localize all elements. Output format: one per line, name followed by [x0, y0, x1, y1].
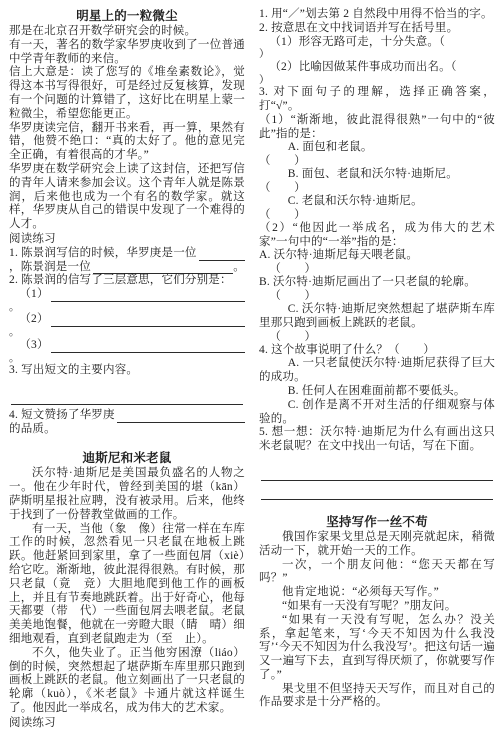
question1-text-2: ，陈景润是一位	[9, 261, 91, 275]
answer-bracket: （ ）	[259, 155, 495, 168]
ex-question3: 3. 对下面句子的理解，选择正确答案，打“√”。	[259, 86, 495, 114]
passage3-title: 坚持写作一丝不苟	[259, 514, 495, 530]
ex-question2: 2. 按意思在文中找词语并写在括号里。	[259, 22, 495, 36]
period: 。	[9, 353, 245, 365]
question1-line2: ，陈景润是一位 。	[9, 261, 245, 275]
answer-bracket: （ ）	[259, 290, 495, 303]
answer-bracket: （ ）	[259, 331, 495, 344]
period: 。	[9, 302, 245, 314]
answer-bracket: （ ）	[259, 263, 495, 276]
passage2-para-3: 不久，他失业了。正当他穷困潦（liáo）倒的时候，突然想起了堪萨斯车库里那只跑到…	[9, 647, 245, 716]
passage3-para-3: 他肯定地说：“必须每天写作。”	[259, 586, 495, 600]
question4-text: 4. 短文赞扬了华罗庚	[9, 409, 115, 423]
ex-question3-sub2: （2）“他因此一举成名，成为伟大的艺术家”一句中的“一举”指的是：	[259, 222, 495, 250]
passage3-para-6: 果戈里不但坚持天天写作，而且对自己的作品要求是十分严格的。	[259, 683, 495, 711]
passage1-exercise-label: 阅读练习	[9, 233, 245, 247]
period: 。	[233, 261, 245, 275]
period: 。	[9, 327, 245, 339]
passage3-para-5: “如果有一天没有写呢，怎么办？没关系，拿起笔来，写‘今天不知因为什么我没写’‘今…	[259, 614, 495, 683]
ex-question2-sub1: （1）形容无路可走，十分失意。（	[259, 36, 495, 50]
q3s1-option-b: B. 面包、老鼠和沃尔特·迪斯尼。	[259, 168, 495, 182]
q3s1-option-a: A. 面包和老鼠。	[259, 141, 495, 155]
right-column: 1. 用“／”划去第 2 自然段中用得不恰当的字。 2. 按意思在文中找词语并写…	[259, 8, 495, 735]
passage1-para-1: 那是在北京召开数学研究会的时候。	[9, 25, 245, 39]
question2-text: 2. 陈景润的信写了三层意思，它们分别是：	[9, 274, 245, 288]
passage3-para-4: “如果有一天没有写呢？”朋友问。	[259, 600, 495, 614]
ex-question2-sub2: （2）比喻因做某件事成功而出名。（	[259, 61, 495, 75]
left-column: 明星上的一粒微尘 那是在北京召开数学研究会的时候。 有一天，著名的数学家华罗庚收…	[9, 8, 245, 735]
question1-text: 1. 陈景润写信的时候，华罗庚是一位	[9, 247, 197, 261]
answer-blank	[51, 290, 245, 302]
answer-blank	[51, 341, 245, 353]
question2-sub3: （3）	[9, 339, 245, 353]
ex-question1: 1. 用“／”划去第 2 自然段中用得不恰当的字。	[259, 8, 495, 22]
q3s2-option-a: A. 沃尔特·迪斯尼每天喂老鼠。	[259, 249, 495, 263]
q4-option-c: C. 创作是离不开对生活的仔细观察与体验的。	[259, 399, 495, 427]
worksheet-page: 明星上的一粒微尘 那是在北京召开数学研究会的时候。 有一天，著名的数学家华罗庚收…	[0, 0, 500, 735]
answer-bracket: （ ）	[259, 182, 495, 195]
answer-blank	[117, 411, 245, 423]
close-bracket: ）	[259, 49, 495, 61]
answer-bracket: （ ）	[259, 209, 495, 222]
answer-blank	[93, 262, 233, 274]
passage2-para-2: 有一天，当他（象 像）往常一样在车库工作的时候，忽然看见一只老鼠在地板上跳跃。他…	[9, 523, 245, 647]
passage3-para-2: 一次，一个朋友问他：“您天天都在写吗？”	[259, 559, 495, 587]
q3s1-option-c: C. 老鼠和沃尔特·迪斯尼。	[259, 195, 495, 209]
question2-sub1: （1）	[9, 288, 245, 302]
answer-blank-line	[261, 466, 493, 481]
answer-blank	[51, 315, 245, 327]
sub-label: （2）	[19, 313, 48, 327]
passage2-exercise-label: 阅读练习	[9, 717, 245, 731]
question3-text: 3. 写出短文的主要内容。	[9, 364, 245, 378]
close-bracket: ）	[259, 75, 495, 87]
question4-text-2: 的品质。	[9, 423, 245, 437]
ex-question3-sub1: （1）“渐渐地，彼此混得很熟”一句中的“彼此”指的是：	[259, 114, 495, 142]
question2-sub2: （2）	[9, 313, 245, 327]
q4-option-b: B. 任何人在困难面前都不要低头。	[259, 385, 495, 399]
answer-blank-line	[261, 485, 493, 500]
passage1-para-3: 信上大意是：读了您写的《堆垒素数论》，觉得这本书写得很好，可是经过反复核算，发现…	[9, 66, 245, 121]
passage1-para-2: 有一天，著名的数学家华罗庚收到了一位普通中学青年教师的来信。	[9, 39, 245, 67]
q3s2-option-c: C. 沃尔特·迪斯尼突然想起了堪萨斯车库里那只跑到画板上跳跃的老鼠。	[259, 303, 495, 331]
question1-line1: 1. 陈景润写信的时候，华罗庚是一位	[9, 247, 245, 261]
ex-question5: 5. 想一想：沃尔特·迪斯尼为什么有画出这只米老鼠呢？在文中找出一句话，写在下面…	[259, 426, 495, 454]
question4-line1: 4. 短文赞扬了华罗庚	[9, 409, 245, 423]
answer-blank	[199, 249, 245, 261]
sub-label: （3）	[19, 339, 48, 353]
ex-question4: 4. 这个故事说明了什么？（ ）	[259, 344, 495, 358]
sub-label: （1）	[19, 288, 48, 302]
passage1-title: 明星上的一粒微尘	[9, 8, 245, 24]
answer-blank-line	[11, 390, 243, 405]
q4-option-a: A. 一只老鼠使沃尔特·迪斯尼获得了巨大的成功。	[259, 357, 495, 385]
passage2-title: 迪斯尼和米老鼠	[9, 450, 245, 466]
passage1-para-5: 华罗庚在数学研究会上读了这封信，还把写信的青年人请来参加会议。这个青年人就是陈景…	[9, 163, 245, 232]
passage3-para-1: 俄国作家果戈里总是天刚亮就起床，稍微活动一下，就开始一天的工作。	[259, 531, 495, 559]
q3s2-option-b: B. 沃尔特·迪斯尼画出了一只老鼠的轮廓。	[259, 276, 495, 290]
passage1-para-4: 华罗庚读完信，翻开书来看，再一算，果然有错，他赞不绝口：“真的太好了。他的意见完…	[9, 122, 245, 163]
passage2-para-1: 沃尔特·迪斯尼是美国最负盛名的人物之一。他在少年时代，曾经到美国的堪（kān）萨…	[9, 467, 245, 522]
